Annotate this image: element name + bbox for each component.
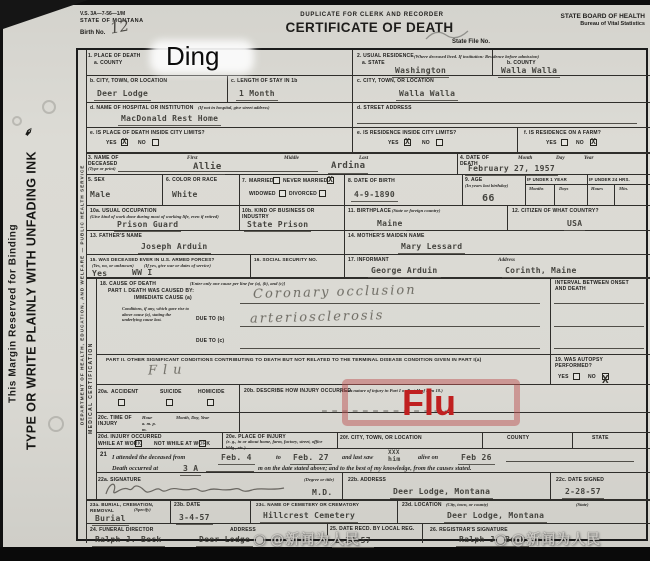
part1-label: PART I. DEATH WAS CAUSED BY: (108, 288, 194, 294)
due-to-c-label: DUE TO (c) (196, 338, 224, 344)
hours-label: Hours (591, 186, 603, 192)
checkbox-res-limits-no (436, 139, 443, 146)
yes-label: YES (388, 140, 399, 146)
date-of-birth-value: 4-9-1890 (351, 190, 398, 202)
grid-line (422, 523, 423, 543)
sex-label: 5. SEX (88, 177, 105, 183)
duplicate-line: DUPLICATE FOR CLERK AND RECORDER (287, 12, 457, 19)
grid-line (344, 174, 345, 205)
residence-county-value: Walla Walla (498, 66, 560, 78)
describe-injury-label: 20b. DESCRIBE HOW INJURY OCCURRED. (244, 388, 353, 394)
cause-of-death-label: 18. CAUSE OF DEATH (100, 281, 156, 287)
part2-handwriting: Flu (148, 363, 188, 377)
days-label: Days (559, 186, 568, 192)
form-number: V.S. 3A—7-56—1/M (80, 11, 125, 17)
fill-line (206, 471, 254, 472)
grid-line (397, 499, 398, 523)
grid-line (507, 205, 508, 230)
grid-line (587, 174, 588, 205)
death-occurred-text-2: m on the date stated above; and to the b… (258, 465, 471, 473)
father-label: 13. FATHER'S NAME (90, 233, 142, 239)
birth-no-value: 12 (109, 16, 131, 37)
cause-a-handwriting: Coronary occlusion (253, 284, 417, 301)
occupation-value: Prison Guard (114, 220, 181, 232)
yes-label: YES (558, 374, 569, 380)
attended-text-2: to (276, 454, 281, 462)
birth-no-label: Birth No. (80, 30, 105, 37)
first-name-value: Allie (190, 162, 225, 175)
grid-line (342, 472, 343, 499)
grid-line (86, 75, 650, 76)
watermark-center: ◉ @新闻为人民 (253, 529, 360, 549)
grid-line (517, 127, 518, 152)
checkbox-farm-yes (561, 139, 568, 146)
grid-line (86, 102, 650, 103)
father-value: Joseph Arduin (138, 242, 211, 254)
street-address-label: d. STREET ADDRESS (357, 105, 412, 111)
accident-label: ACCIDENT (111, 389, 138, 395)
interval-label: INTERVAL BETWEEN ONSET AND DEATH (555, 280, 637, 293)
cemetery-location-value: Deer Lodge, Montana (444, 511, 547, 523)
day-label: Day (556, 155, 565, 162)
checkbox-divorced (319, 190, 326, 197)
death-city-label: b. CITY, TOWN, OR LOCATION (90, 78, 167, 84)
fill-line (554, 348, 644, 349)
scan-edge-top (0, 0, 650, 5)
grid-line (457, 152, 458, 174)
md-value: M.D. (312, 488, 332, 498)
field-county-label: a. COUNTY (94, 60, 122, 66)
injury-occurred-label: 20d. INJURY OCCURRED (98, 434, 162, 440)
residence-state-value: Washington (392, 66, 449, 78)
burial-date-label: 23b. DATE (174, 502, 200, 508)
cemetery-location-label: 23d. LOCATION (402, 502, 442, 508)
checkbox-not-while-at-work (199, 440, 206, 447)
place-of-injury-note: (e. g., in or about home, farm, factory,… (226, 439, 331, 450)
grid-line (614, 184, 615, 205)
no-label: NO (588, 374, 596, 380)
grid-line (239, 174, 240, 205)
blank-line (357, 123, 637, 124)
funeral-address-value: Deer Lodge (196, 535, 253, 547)
physician-address-label: 22b. ADDRESS (348, 477, 386, 483)
funeral-address-label: ADDRESS (230, 527, 256, 533)
hospital-note: (If not in hospital, give street address… (198, 105, 270, 111)
grid-line (96, 448, 650, 449)
residence-city-label: c. CITY, TOWN, OR LOCATION (357, 78, 434, 84)
grid-line (554, 184, 555, 205)
length-of-stay-value: 1 Month (236, 89, 278, 101)
death-occurred-text: Death occurred at (112, 465, 158, 473)
fill-line (506, 461, 634, 462)
checkbox-suicide (166, 399, 173, 406)
grid-line (550, 277, 551, 384)
birthplace-label: 11. BIRTHPLACE (348, 208, 391, 214)
residence-city-value: Walla Walla (396, 89, 458, 101)
grid-line (96, 277, 97, 499)
grid-line (239, 384, 240, 432)
date-of-death-value: February 27, 1957 (465, 164, 558, 176)
immediate-cause-label: IMMEDIATE CAUSE (a) (134, 295, 192, 301)
yes-label: YES (546, 140, 557, 146)
grid-line (587, 184, 650, 185)
watermark-text: @新闻为人民 (511, 529, 601, 549)
ink-smudge (42, 100, 56, 114)
injury-county-label: COUNTY (507, 435, 529, 441)
grid-line (86, 127, 650, 128)
x-mark: X (405, 138, 410, 146)
birthplace-value: Maine (374, 219, 406, 231)
birthplace-note: (State or foreign country) (392, 208, 440, 214)
due-to-b-label: DUE TO (b) (196, 316, 225, 322)
burial-note: (Specify) (134, 507, 151, 513)
fill-line (240, 326, 540, 327)
never-married-label: NEVER MARRIED (283, 178, 328, 184)
flu-annotation: Flu (402, 381, 456, 424)
grid-line (170, 499, 171, 523)
ssn-label: 16. SOCIAL SECURITY NO. (254, 257, 317, 263)
length-of-stay-label: c. LENGTH OF STAY IN 1b (231, 78, 297, 84)
grid-line (162, 174, 163, 205)
grid-line (222, 432, 223, 448)
first-label: First (187, 155, 197, 162)
him-value: him (388, 456, 401, 464)
cause-b-handwriting: arteriosclerosis (250, 309, 385, 326)
certificate-form: DEPARTMENT OF HEALTH, EDUCATION, AND WEL… (76, 48, 648, 541)
homicide-label: HOMICIDE (198, 389, 225, 395)
grid-line (96, 432, 650, 433)
mother-value: Mary Lessard (398, 242, 465, 254)
name-note: (Type or print) (88, 166, 116, 172)
residence-farm-label: f. IS RESIDENCE ON A FARM? (524, 130, 601, 136)
cemetery-value: Hillcrest Cemetery (260, 511, 358, 523)
month-day-year-label: Month, Day, Year (176, 415, 209, 421)
grid-line (86, 523, 650, 524)
degree-note: (Degree or title) (304, 477, 334, 483)
cemetery-label: 23c. NAME OF CEMETERY OR CREMATORY (256, 502, 359, 508)
grid-line (550, 472, 551, 499)
date-of-birth-label: 8. DATE OF BIRTH (348, 178, 395, 184)
department-vertical-text: DEPARTMENT OF HEALTH, EDUCATION, AND WEL… (78, 50, 86, 539)
age-note: (In years last birthday) (465, 183, 520, 189)
injury-state-label: STATE (592, 435, 609, 441)
divorced-label: DIVORCED (289, 191, 317, 197)
industry-label: 10b. KIND OF BUSINESS OR INDUSTRY (242, 208, 339, 221)
state-note: (State) (576, 502, 589, 508)
blank-line (118, 171, 318, 172)
fill-line (554, 326, 644, 327)
watermark-text: @新闻为人民 (270, 529, 360, 549)
armed-forces-war-value: WW I (132, 268, 152, 278)
sex-value: Male (90, 190, 110, 200)
checkbox-death-limits-no (152, 139, 159, 146)
grid-line (337, 432, 338, 448)
grid-line (250, 499, 251, 523)
under-24-hrs-label: IF UNDER 24 HRS. (589, 177, 630, 182)
grid-line (96, 354, 650, 355)
married-label: MARRIED (249, 178, 274, 184)
hour-label: Hour (142, 415, 152, 421)
month-label: Month (518, 155, 532, 162)
citizen-value: USA (564, 219, 585, 231)
year-label: Year (584, 155, 594, 162)
informant-value: George Arduin (368, 266, 441, 278)
grid-line (86, 152, 650, 154)
grid-line (462, 174, 463, 205)
checkbox-autopsy-yes (573, 373, 580, 380)
death-city-value: Deer Lodge (94, 89, 151, 101)
medical-certification-vertical-text: MEDICAL CERTIFICATION (86, 277, 96, 499)
fill-line (240, 348, 540, 349)
armed-forces-note2: (If yes, give war or dates of service) (144, 263, 211, 269)
x-mark: X (591, 138, 596, 146)
autopsy-label: 19. WAS AUTOPSY PERFORMED? (555, 357, 627, 370)
residence-city-limits-label: e. IS RESIDENCE INSIDE CITY LIMITS? (357, 130, 456, 136)
widowed-label: WIDOWED (249, 191, 276, 197)
grid-line (525, 174, 526, 205)
grid-line (86, 50, 87, 543)
age-value: 66 (482, 193, 495, 205)
physician-signature-scrawl (102, 479, 297, 498)
date-signed-label: 22c. DATE SIGNED (556, 477, 604, 483)
field-usual-residence-label: 2. USUAL RESIDENCE (357, 53, 414, 59)
yes-label: YES (106, 140, 117, 146)
marital-number: 7. (242, 178, 247, 184)
fill-line (554, 303, 644, 304)
race-label: 6. COLOR OR RACE (166, 177, 217, 183)
ding-annotation: Ding (166, 41, 219, 72)
checkbox-while-at-work (135, 440, 142, 447)
grid-line (86, 174, 650, 175)
armed-forces-note1: (Yes, no, or unknown) (92, 263, 134, 269)
armed-forces-label: 15. WAS DECEASED EVER IN U.S. ARMED FORC… (90, 257, 215, 263)
scan-edge-bottom (0, 547, 650, 561)
hospital-value: MacDonald Rest Home (118, 114, 221, 126)
armed-forces-value: Yes (92, 269, 107, 279)
physician-address-value: Deer Lodge, Montana (390, 487, 493, 499)
min-label: Min. (619, 186, 628, 192)
funeral-director-value: Ralph J. Beck (92, 535, 165, 547)
item-21-number: 21 (100, 452, 107, 460)
attended-to-value: Feb. 27 (290, 453, 332, 465)
burial-date-value: 3-4-57 (176, 513, 213, 525)
grid-line (227, 75, 228, 102)
residence-state-label: a. STATE (362, 60, 385, 66)
grid-line (344, 205, 345, 277)
grid-line (250, 254, 251, 277)
fill-line (240, 303, 540, 304)
x-mark: X (122, 138, 127, 146)
attended-from-value: Feb. 4 (218, 453, 255, 465)
file-no-label: State File No. (452, 39, 490, 46)
usual-residence-note: (Where deceased lived. If institution: R… (414, 54, 539, 60)
informant-address-value: Corinth, Maine (502, 266, 580, 278)
conditions-note: Conditions, if any, which gave rise to a… (122, 306, 190, 323)
funeral-director-label: 24. FUNERAL DIRECTOR (90, 527, 154, 533)
grid-line (482, 432, 483, 448)
months-label: Months (529, 186, 544, 192)
last-name-value: Ardina (328, 161, 368, 174)
weibo-logo-icon: ◉ (253, 532, 267, 547)
burial-value: Burial (92, 514, 129, 526)
checkbox-married (273, 177, 280, 184)
death-time-value: 3 A (180, 464, 201, 476)
margin-ink-text: TYPE OR WRITE PLAINLY WITH UNFADING INK (23, 112, 40, 490)
no-label: NO (576, 140, 584, 146)
hospital-label: d. NAME OF HOSPITAL OR INSTITUTION (90, 105, 194, 111)
checkbox-accident (118, 399, 125, 406)
ink-smudge (48, 416, 64, 432)
item-20a-number: 20a. (98, 389, 109, 395)
no-label: NO (422, 140, 430, 146)
middle-label: Middle (284, 155, 299, 162)
injury-city-label: 20f. CITY, TOWN, OR LOCATION (340, 435, 422, 441)
board-line1: STATE BOARD OF HEALTH (505, 13, 645, 21)
burial-label: 23a. BURIAL, CREMATION, REMOVAL (90, 502, 170, 513)
grid-line (525, 184, 587, 185)
x-mark: X (602, 374, 609, 385)
checkbox-widowed (279, 190, 286, 197)
grid-line (572, 432, 573, 448)
last-seen-value: Feb 26 (458, 453, 495, 465)
cemetery-location-note: (City, town, or county) (446, 502, 488, 508)
suicide-label: SUICIDE (160, 389, 182, 395)
field-place-of-death-label: 1. PLACE OF DEATH (88, 53, 140, 59)
ink-smudge (12, 116, 22, 126)
watermark-right: ◉ @新闻为人民 (494, 529, 601, 549)
attended-text-1: I attended the deceased from (112, 454, 185, 462)
citizen-label: 12. CITIZEN OF WHAT COUNTRY? (512, 208, 599, 214)
race-value: White (172, 190, 198, 200)
attended-text-4: alive on (418, 454, 438, 462)
industry-value: State Prison (244, 220, 311, 232)
no-label: NO (138, 140, 146, 146)
date-signed-value: 2-28-57 (562, 487, 604, 499)
mother-label: 14. MOTHER'S MAIDEN NAME (348, 233, 425, 239)
grid-line (86, 254, 650, 255)
checkbox-homicide (207, 399, 214, 406)
board-line2: Bureau of Vital Statistics (505, 21, 645, 28)
occupation-note: (Give kind of work done during most of w… (90, 214, 230, 220)
informant-label: 17. INFORMANT (348, 257, 389, 263)
am-pm-label: a. m. p. m. (142, 421, 158, 432)
grid-line (352, 50, 353, 152)
death-city-limits-label: e. IS PLACE OF DEATH INSIDE CITY LIMITS? (90, 130, 205, 136)
x-mark: X (328, 176, 333, 184)
margin-binding-text: This Margin Reserved for Binding (6, 148, 20, 478)
informant-address-label: Address (498, 257, 515, 264)
attended-text-3: and last saw (342, 454, 373, 462)
time-of-injury-label: 20c. TIME OF INJURY (98, 415, 140, 428)
weibo-logo-icon: ◉ (494, 532, 508, 547)
grid-line (86, 205, 650, 206)
under-1-year-label: IF UNDER 1 YEAR (527, 177, 567, 182)
grid-line (239, 205, 240, 230)
